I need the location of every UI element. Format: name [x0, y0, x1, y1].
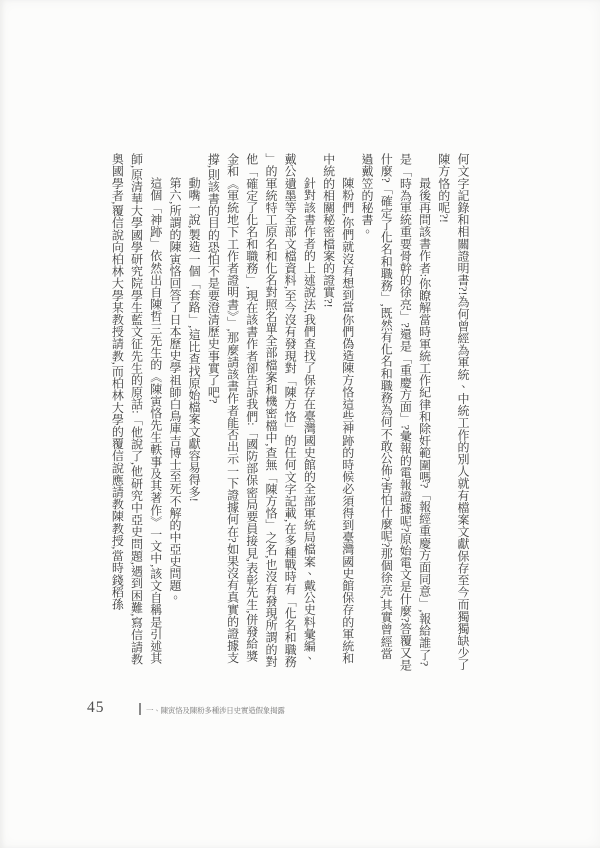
paragraph: 這個「神跡」依然出自陳哲三先生的《陳寅恪先生軼事及其著作》一文中,該文自稱是引述… — [107, 153, 165, 671]
body-text-block: 何文字記錄和相關證明書?!為何曾經為軍統、中統工作的別人就有檔案文獻保存至今而獨… — [107, 153, 472, 671]
footer-divider — [139, 703, 141, 715]
page-footer: 45 一、陳寅恪及陳粉多種涉日史實造假象揭露 — [0, 696, 600, 724]
page-number: 45 — [87, 699, 105, 717]
chapter-running-title: 一、陳寅恪及陳粉多種涉日史實造假象揭露 — [146, 705, 285, 716]
paragraph: 動嘴一說,製造一個「套路」,這比查找原始檔案文獻容易得多! — [184, 153, 203, 671]
paragraph: 第六,所謂的陳寅恪回答了日本歷史學祖師白鳥庫吉博士至死不解的中亞史問題。 — [165, 153, 184, 671]
paragraph: 陳粉們,你們就沒有想到當你們偽造陳方恪這些神跡的時候必須得到臺灣國史館保存的軍統… — [318, 153, 356, 671]
paragraph: 最後再問該書作者:你瞭解當時軍統工作紀律和除奸範圍嗎?「報經重慶方面同意」,報給… — [357, 153, 434, 671]
paragraph: 針對該書作者的上述說法,我們查找了保存在臺灣國史館的全部軍統局檔案、戴公史料彙編… — [203, 153, 318, 671]
book-page: 何文字記錄和相關證明書?!為何曾經為軍統、中統工作的別人就有檔案文獻保存至今而獨… — [0, 0, 600, 848]
paragraph: 何文字記錄和相關證明書?!為何曾經為軍統、中統工作的別人就有檔案文獻保存至今而獨… — [434, 153, 472, 671]
